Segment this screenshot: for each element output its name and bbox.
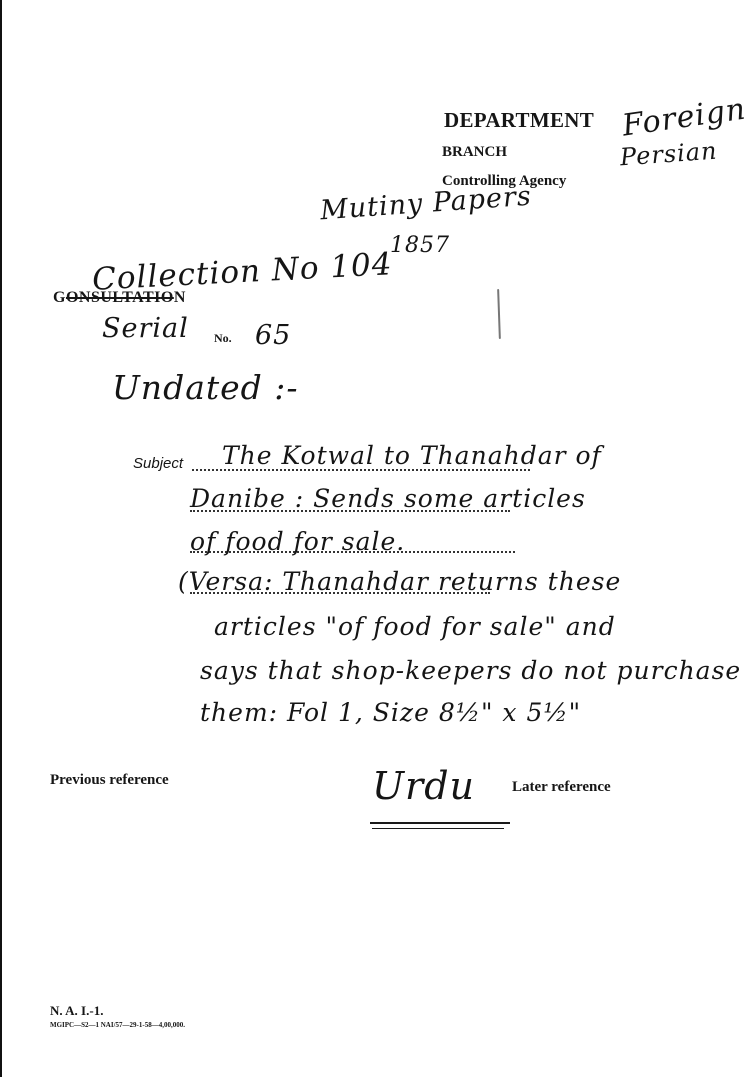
consultation-struck-o: O [161,289,174,306]
date-value: Undated :- [112,368,299,407]
page-left-border [0,0,2,1077]
subject-line-6: says that shop-keepers do not purchase [200,656,741,685]
branch-label: BRANCH [442,144,507,161]
consultation-label-struck: GONSULTATION [53,289,186,307]
subject-line-7: them: Fol 1, Size 8½" x 5½" [200,698,581,727]
subject-line-2: Danibe : Sends some articles [190,484,586,513]
no-label: No. [214,331,232,346]
year-value: 1857 [390,233,450,258]
department-value: Foreign [620,92,748,144]
subject-line-5: articles "of food for sale" and [214,612,616,641]
language-underline-second [372,828,504,829]
consultation-first-letter: G [53,289,66,306]
form-number: N. A. I.-1. [50,1003,103,1019]
later-reference-label: Later reference [512,779,611,796]
subject-line-3: of food for sale. [190,527,405,556]
consultation-struck-text: ONSULTATI [66,289,161,306]
language-value: Urdu [372,764,475,808]
document-page: DEPARTMENT BRANCH Controlling Agency For… [0,0,755,1077]
pencil-mark [497,289,501,339]
previous-reference-label: Previous reference [50,772,169,789]
department-label: DEPARTMENT [444,108,594,133]
serial-word: Serial [102,313,189,344]
subject-line-1: The Kotwal to Thanahdar of [222,441,602,470]
serial-number: 65 [255,320,291,351]
language-underline [370,822,510,824]
consultation-last-letter: N [174,289,186,306]
controlling-agency-value: Mutiny Papers [319,181,532,227]
branch-value: Persian [619,137,718,172]
printer-imprint: MGIPC—S2—1 NAI/57—29-1-58—4,00,000. [50,1021,185,1029]
subject-label: Subject [133,455,183,472]
subject-line-4: (Versa: Thanahdar returns these [178,567,621,596]
